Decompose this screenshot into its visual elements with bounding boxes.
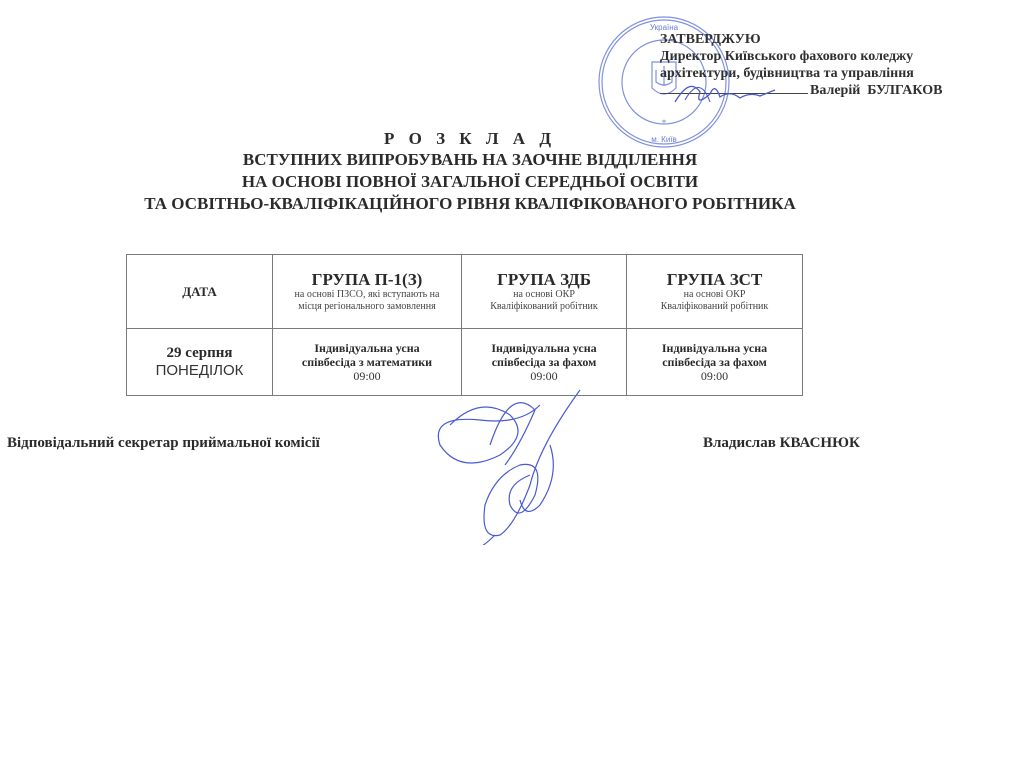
document-title: Р О З К Л А Д bbox=[0, 129, 940, 149]
table-header-row: ДАТА ГРУПА П-1(З) на основі ПЗСО, які вс… bbox=[127, 255, 803, 329]
header-group-p1: ГРУПА П-1(З) на основі ПЗСО, які вступаю… bbox=[273, 255, 462, 329]
document-subtitle-line1: ВСТУПНИХ ВИПРОБУВАНЬ НА ЗАОЧНЕ ВІДДІЛЕНН… bbox=[0, 150, 940, 170]
secretary-signature bbox=[420, 385, 600, 545]
approval-name: Валерій БУЛГАКОВ bbox=[810, 83, 942, 98]
cell-group-zst: Індивідуальна усна співбесіда за фахом 0… bbox=[627, 329, 803, 396]
secretary-role: Відповідальний секретар приймальної комі… bbox=[7, 435, 320, 452]
schedule-table: ДАТА ГРУПА П-1(З) на основі ПЗСО, які вс… bbox=[126, 254, 803, 396]
svg-text:*: * bbox=[662, 118, 667, 128]
header-group-zst: ГРУПА ЗСТ на основі ОКР Кваліфікований р… bbox=[627, 255, 803, 329]
cell-date: 29 серпня ПОНЕДІЛОК bbox=[127, 329, 273, 396]
document-subtitle-line2: НА ОСНОВІ ПОВНОЇ ЗАГАЛЬНОЇ СЕРЕДНЬОЇ ОСВ… bbox=[0, 172, 940, 192]
header-date: ДАТА bbox=[127, 255, 273, 329]
approval-heading: ЗАТВЕРДЖУЮ bbox=[660, 32, 761, 47]
document-subtitle-line3: ТА ОСВІТНЬО-КВАЛІФІКАЦІЙНОГО РІВНЯ КВАЛІ… bbox=[0, 194, 940, 214]
director-signature bbox=[670, 72, 780, 112]
header-group-zdb: ГРУПА ЗДБ на основі ОКР Кваліфікований р… bbox=[462, 255, 627, 329]
approval-position-line1: Директор Київського фахового коледжу bbox=[660, 48, 942, 65]
secretary-name: Владислав КВАСНЮК bbox=[703, 435, 860, 452]
